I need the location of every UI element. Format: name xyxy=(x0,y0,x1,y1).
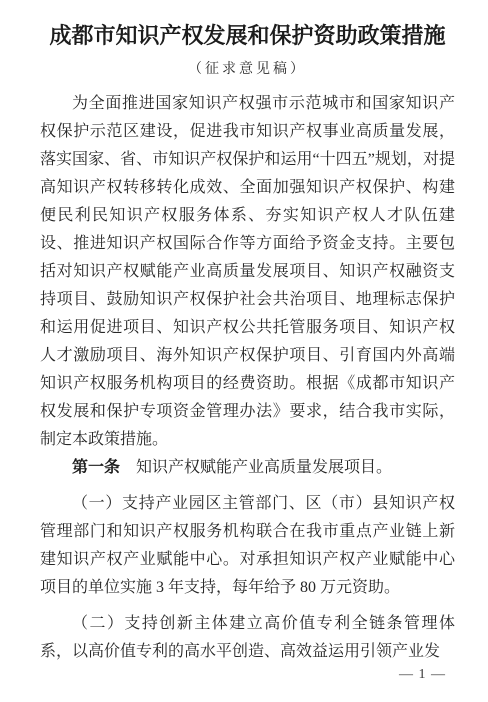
document-subtitle: （征求意见稿） xyxy=(40,60,455,80)
article-1-paragraph: 第一条知识产权赋能产业高质量发展项目。 xyxy=(40,454,455,482)
page-number: — 1 — xyxy=(399,666,446,684)
article-1-text: 知识产权赋能产业高质量发展项目。 xyxy=(136,459,392,476)
item-1-paragraph: （一）支持产业园区主管部门、区（市）县知识产权管理部门和知识产权服务机构联合在我… xyxy=(40,490,455,602)
item-2-paragraph: （二）支持创新主体建立高价值专利全链条管理体系，以高价值专利的高水平创造、高效益… xyxy=(40,610,455,666)
document-page: 成都市知识产权发展和保护资助政策措施 （征求意见稿） 为全面推进国家知识产权强市… xyxy=(0,0,488,702)
article-1-label: 第一条 xyxy=(72,459,120,476)
intro-paragraph: 为全面推进国家知识产权强市示范城市和国家知识产权保护示范区建设，促进我市知识产权… xyxy=(40,90,455,454)
document-title: 成都市知识产权发展和保护资助政策措施 xyxy=(40,20,455,52)
